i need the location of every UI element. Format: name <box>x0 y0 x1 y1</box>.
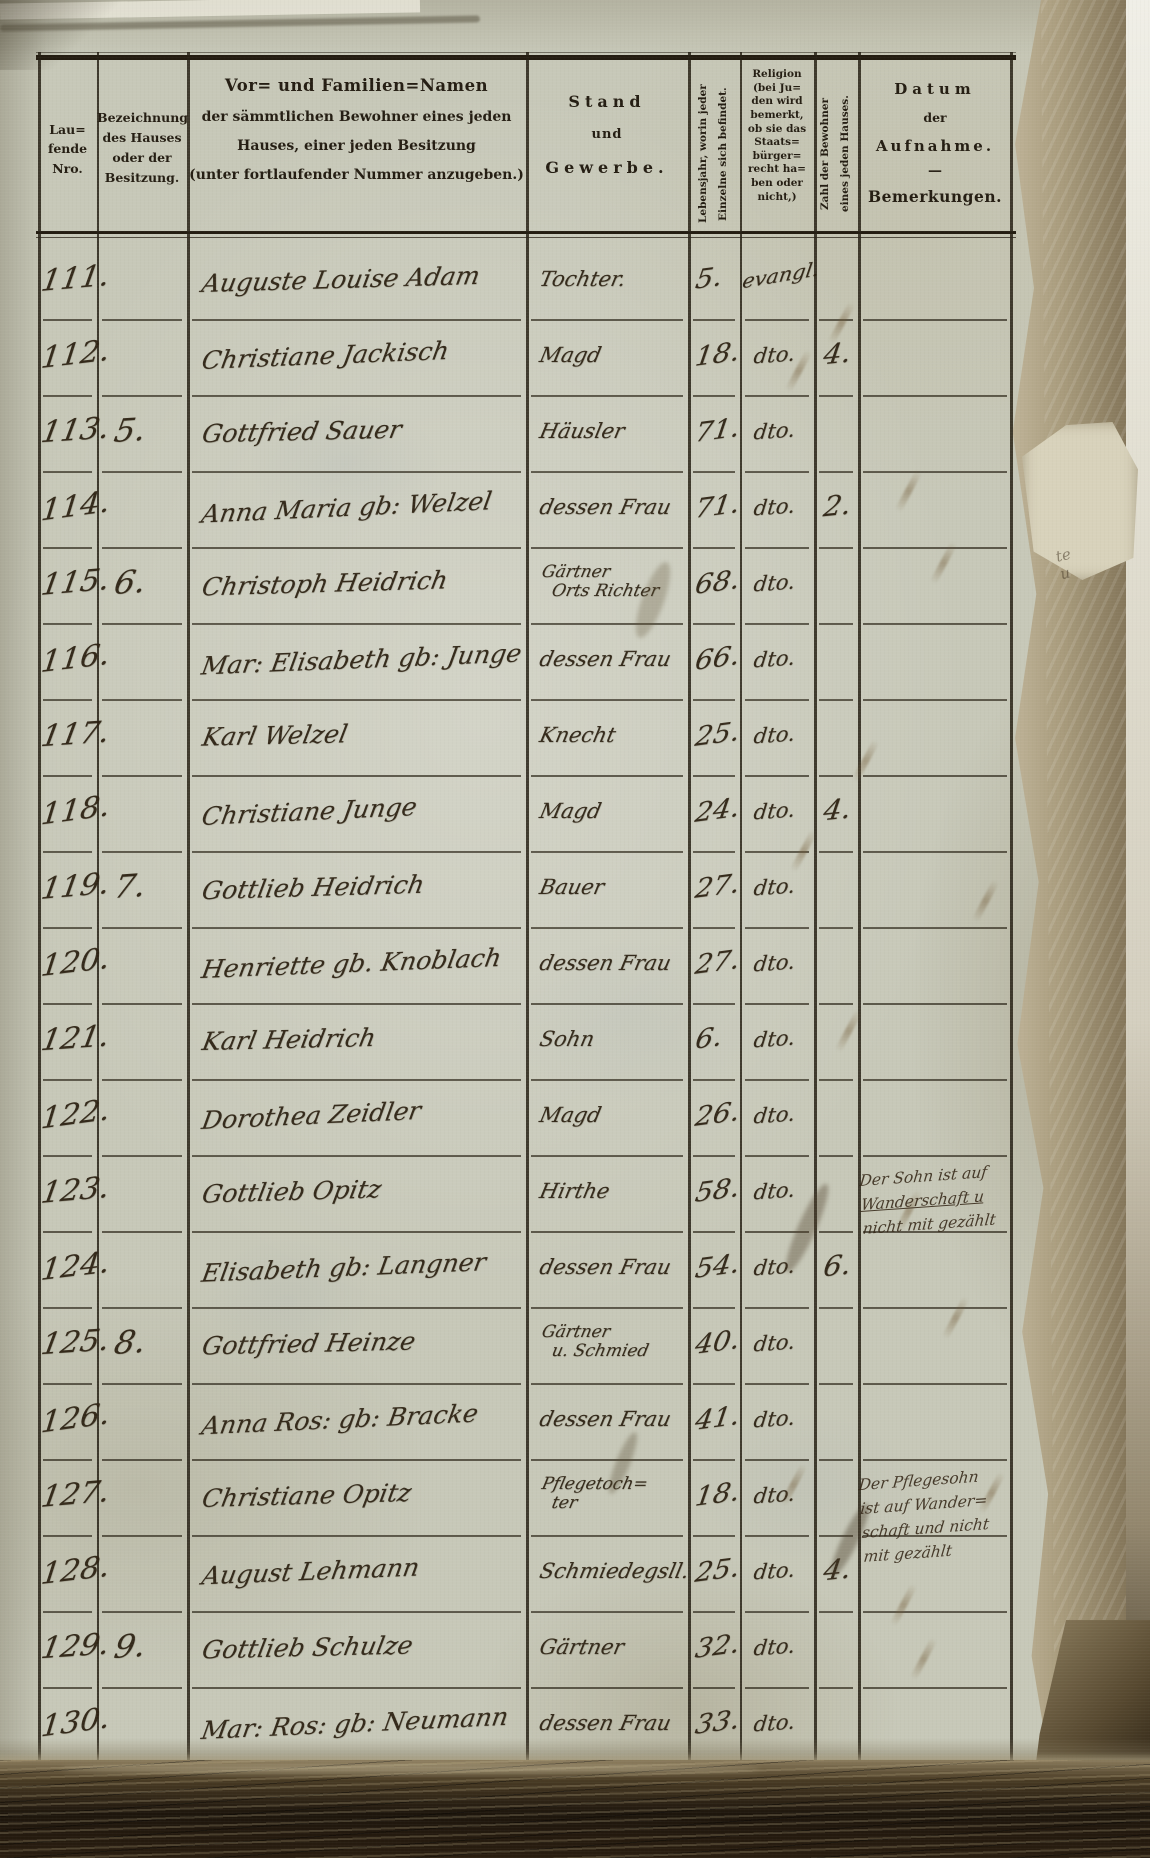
column-header-datum-bemerkungen: Datum der Aufnahme. — Bemerkungen. <box>858 62 1012 256</box>
cell-bemerkungen <box>858 549 1012 625</box>
age-value: 27. <box>693 944 742 981</box>
age-value: 25. <box>693 1552 742 1589</box>
cell-bemerkungen <box>858 245 1012 321</box>
scanned-register-page: Lau= fende Nro. Bezeichnung des Hauses o… <box>0 0 1150 1858</box>
cell-bemerkungen <box>858 473 1012 549</box>
age-value: 41. <box>693 1400 742 1437</box>
cell-house-number <box>97 1081 187 1157</box>
stand-gewerbe: dessen Frau <box>537 647 673 671</box>
table-row: 116.Mar: Elisabeth gb: Jungedessen Frau6… <box>38 625 1012 701</box>
stand-gewerbe: dessen Frau <box>537 1255 673 1279</box>
religion-value: dto. <box>753 494 797 521</box>
age-value: 71. <box>693 412 742 449</box>
house-number: 8. <box>111 1322 149 1362</box>
stand-line: ter <box>550 1494 646 1513</box>
cell-bemerkungen <box>858 1233 1012 1309</box>
header-line: Lebensjahr, worin jeder <box>694 70 714 238</box>
cell-house-number: 7. <box>97 853 187 929</box>
cell-house-number <box>97 1385 187 1461</box>
resident-name: Christiane Jackisch <box>200 336 452 375</box>
cell-lebensjahr: 32. <box>688 1613 740 1689</box>
cell-bemerkungen <box>858 321 1012 397</box>
binding-highlight <box>60 1764 760 1774</box>
cell-religion: dto. <box>740 397 814 473</box>
resident-count: 4. <box>821 336 853 372</box>
cell-bemerkungen <box>858 1309 1012 1385</box>
religion-value: dto. <box>753 874 797 901</box>
cell-resident-name: Gottlieb Schulze <box>187 1613 526 1689</box>
table-row: 115.6.Christoph HeidrichGärtnerOrts Rich… <box>38 549 1012 625</box>
cell-religion: dto. <box>740 473 814 549</box>
table-row: 125.8.Gottfried HeinzeGärtneru. Schmied4… <box>38 1309 1012 1385</box>
table-row: 126.Anna Ros: gb: Brackedessen Frau41.dt… <box>38 1385 1012 1461</box>
religion-value: dto. <box>753 418 797 445</box>
age-value: 26. <box>693 1096 742 1133</box>
cell-resident-name: Gottlieb Heidrich <box>187 853 526 929</box>
religion-value: dto. <box>753 722 797 749</box>
cell-laufende-nro: 116. <box>38 625 97 701</box>
cell-bemerkungen <box>858 929 1012 1005</box>
cell-laufende-nro: 126. <box>38 1385 97 1461</box>
header-line: Datum <box>858 80 1012 98</box>
table-row: 120.Henriette gb. Knoblachdessen Frau27.… <box>38 929 1012 1005</box>
cell-zahl-bewohner <box>814 1081 858 1157</box>
religion-value: dto. <box>753 1330 797 1357</box>
age-value: 32. <box>693 1628 742 1665</box>
resident-name: Karl Welzel <box>200 719 350 751</box>
cell-resident-name: Anna Maria gb: Welzel <box>187 473 526 549</box>
cell-religion: dto. <box>740 929 814 1005</box>
cell-house-number <box>97 473 187 549</box>
header-line: und <box>526 127 688 142</box>
stand-line: u. Schmied <box>550 1342 650 1361</box>
stand-gewerbe: Schmiedegsll. <box>537 1559 691 1583</box>
stand-gewerbe: Häusler <box>537 419 626 443</box>
cell-house-number <box>97 1005 187 1081</box>
resident-name: Auguste Louise Adam <box>200 261 483 298</box>
cell-religion: dto. <box>740 625 814 701</box>
cell-religion: dto. <box>740 549 814 625</box>
cell-bemerkungen <box>858 1005 1012 1081</box>
table-row: 124.Elisabeth gb: Langnerdessen Frau54.d… <box>38 1233 1012 1309</box>
religion-value: evangl. <box>741 257 821 293</box>
header-line: oder der <box>97 148 187 168</box>
stand-gewerbe: dessen Frau <box>537 1407 673 1431</box>
header-line: nicht,) <box>740 191 814 205</box>
header-line: Zahl der Bewohner <box>816 70 836 238</box>
resident-name: Christiane Junge <box>200 792 420 831</box>
cell-laufende-nro: 128. <box>38 1537 97 1613</box>
cell-resident-name: Henriette gb. Knoblach <box>187 929 526 1005</box>
cell-bemerkungen <box>858 701 1012 777</box>
age-value: 68. <box>693 564 742 601</box>
cell-stand-gewerbe: dessen Frau <box>526 473 688 549</box>
table-body: 111.Auguste Louise AdamTochter.5.evangl.… <box>38 245 1012 1765</box>
cell-house-number <box>97 929 187 1005</box>
resident-name: Henriette gb. Knoblach <box>199 943 503 984</box>
stand-gewerbe: Bauer <box>537 875 606 899</box>
cell-resident-name: Karl Welzel <box>187 701 526 777</box>
header-line: Gewerbe. <box>526 158 688 177</box>
cell-laufende-nro: 114. <box>38 473 97 549</box>
cell-laufende-nro: 123. <box>38 1157 97 1233</box>
cell-religion: dto. <box>740 853 814 929</box>
table-row: 119.7.Gottlieb HeidrichBauer27.dto. <box>38 853 1012 929</box>
cell-house-number <box>97 1157 187 1233</box>
age-value: 58. <box>693 1172 742 1209</box>
cell-bemerkungen <box>858 397 1012 473</box>
house-number: 7. <box>111 866 149 906</box>
cell-lebensjahr: 27. <box>688 929 740 1005</box>
cell-lebensjahr: 18. <box>688 1461 740 1537</box>
cell-stand-gewerbe: Magd <box>526 321 688 397</box>
cell-resident-name: August Lehmann <box>187 1537 526 1613</box>
cell-house-number <box>97 625 187 701</box>
cell-house-number <box>97 1233 187 1309</box>
stand-gewerbe: Tochter. <box>537 267 628 291</box>
resident-name: Karl Heidrich <box>200 1023 378 1056</box>
header-line: der <box>858 110 1012 125</box>
cell-zahl-bewohner <box>814 397 858 473</box>
cell-stand-gewerbe: Hirthe <box>526 1157 688 1233</box>
stand-gewerbe: Knecht <box>537 723 617 747</box>
cell-laufende-nro: 112. <box>38 321 97 397</box>
cell-house-number: 8. <box>97 1309 187 1385</box>
house-number: 6. <box>111 562 149 602</box>
header-line: Hauses, einer jeden Besitzung <box>187 138 526 154</box>
cell-stand-gewerbe: Bauer <box>526 853 688 929</box>
cell-zahl-bewohner <box>814 625 858 701</box>
cell-resident-name: Gottfried Heinze <box>187 1309 526 1385</box>
cell-zahl-bewohner <box>814 701 858 777</box>
header-line: Bezeichnung <box>97 108 187 128</box>
cell-religion: dto. <box>740 1005 814 1081</box>
cell-laufende-nro: 115. <box>38 549 97 625</box>
header-line: Aufnahme. <box>858 137 1012 155</box>
header-line: Stand <box>526 92 688 111</box>
religion-value: dto. <box>753 1634 797 1661</box>
religion-value: dto. <box>753 950 797 977</box>
column-header-zahl-bewohner: Zahl der Bewohner eines jeden Hauses. <box>814 62 858 238</box>
resident-name: Gottfried Sauer <box>200 415 404 449</box>
cell-lebensjahr: 71. <box>688 473 740 549</box>
cell-lebensjahr: 68. <box>688 549 740 625</box>
header-line: Besitzung. <box>97 168 187 188</box>
cell-laufende-nro: 113. <box>38 397 97 473</box>
cell-lebensjahr: 5. <box>688 245 740 321</box>
header-line: Nro. <box>38 159 97 178</box>
cell-house-number <box>97 1461 187 1537</box>
age-value: 66. <box>693 640 742 677</box>
page-stack-lines <box>0 1760 1150 1858</box>
stand-gewerbe: dessen Frau <box>537 1711 673 1735</box>
stand-gewerbe: Magd <box>537 1103 603 1127</box>
book-binding <box>0 1760 1150 1858</box>
resident-name: Anna Ros: gb: Bracke <box>199 1399 480 1441</box>
religion-value: dto. <box>753 1558 797 1585</box>
house-number: 9. <box>111 1626 149 1666</box>
resident-name: Mar: Elisabeth gb: Junge <box>199 639 524 681</box>
cell-laufende-nro: 111. <box>38 245 97 321</box>
resident-name: Anna Maria gb: Welzel <box>199 486 494 528</box>
cell-resident-name: Dorothea Zeidler <box>187 1081 526 1157</box>
cell-zahl-bewohner: 4. <box>814 777 858 853</box>
cell-resident-name: Christiane Opitz <box>187 1461 526 1537</box>
cell-zahl-bewohner: 6. <box>814 1233 858 1309</box>
cell-zahl-bewohner <box>814 1309 858 1385</box>
stand-line: Gärtner <box>540 563 665 582</box>
cell-laufende-nro: 117. <box>38 701 97 777</box>
cell-zahl-bewohner <box>814 1613 858 1689</box>
cell-bemerkungen <box>858 1613 1012 1689</box>
cell-resident-name: Christiane Junge <box>187 777 526 853</box>
table-row: 113.5.Gottfried SauerHäusler71.dto. <box>38 397 1012 473</box>
register-table: Lau= fende Nro. Bezeichnung des Hauses o… <box>38 52 1012 1765</box>
cell-house-number <box>97 321 187 397</box>
remark-note: Der Pflegesohnist auf Wander=schaft und … <box>858 1461 1034 1569</box>
religion-value: dto. <box>753 798 797 825</box>
cell-religion: dto. <box>740 1385 814 1461</box>
age-value: 54. <box>693 1248 742 1285</box>
religion-value: dto. <box>753 1406 797 1433</box>
cell-lebensjahr: 66. <box>688 625 740 701</box>
stand-gewerbe: Pflegetoch=ter <box>536 1475 650 1512</box>
stand-gewerbe: dessen Frau <box>537 951 673 975</box>
age-value: 6. <box>693 1021 724 1055</box>
age-value: 33. <box>693 1704 742 1741</box>
header-line: bemerkt, <box>740 109 814 123</box>
header-line: (bei Ju= <box>740 82 814 96</box>
stand-line: Pflegetoch= <box>540 1475 650 1494</box>
stand-gewerbe: Gärtneru. Schmied <box>536 1323 654 1360</box>
header-line: ben oder <box>740 177 814 191</box>
religion-value: dto. <box>753 1178 797 1205</box>
age-value: 27. <box>693 868 742 905</box>
cell-house-number <box>97 777 187 853</box>
age-value: 5. <box>693 261 724 295</box>
table-row: 121.Karl HeidrichSohn6.dto. <box>38 1005 1012 1081</box>
cell-lebensjahr: 25. <box>688 701 740 777</box>
resident-name: Gottfried Heinze <box>200 1327 418 1361</box>
resident-name: Dorothea Zeidler <box>200 1096 424 1135</box>
cell-stand-gewerbe: Pflegetoch=ter <box>526 1461 688 1537</box>
cell-resident-name: Gottfried Sauer <box>187 397 526 473</box>
cell-laufende-nro: 125. <box>38 1309 97 1385</box>
header-line: Religion <box>740 68 814 82</box>
resident-count: 2. <box>821 488 853 524</box>
cell-resident-name: Elisabeth gb: Langner <box>187 1233 526 1309</box>
column-header-lebensjahr: Lebensjahr, worin jeder Einzelne sich be… <box>688 62 740 238</box>
header-line: bürger= <box>740 150 814 164</box>
cell-resident-name: Gottlieb Opitz <box>187 1157 526 1233</box>
cell-bemerkungen <box>858 777 1012 853</box>
resident-count: 4. <box>821 792 853 828</box>
header-line: der sämmtlichen Bewohner eines jeden <box>187 109 526 125</box>
resident-name: Christoph Heidrich <box>200 565 451 601</box>
cell-religion: dto. <box>740 1081 814 1157</box>
cell-stand-gewerbe: Tochter. <box>526 245 688 321</box>
cell-laufende-nro: 124. <box>38 1233 97 1309</box>
cell-house-number <box>97 701 187 777</box>
stand-gewerbe: dessen Frau <box>537 495 673 519</box>
cell-house-number <box>97 1537 187 1613</box>
cell-religion: dto. <box>740 1309 814 1385</box>
cell-lebensjahr: 18. <box>688 321 740 397</box>
cell-laufende-nro: 118. <box>38 777 97 853</box>
cell-stand-gewerbe: Magd <box>526 1081 688 1157</box>
cell-stand-gewerbe: Sohn <box>526 1005 688 1081</box>
header-line: Lau= <box>38 120 97 139</box>
cell-lebensjahr: 40. <box>688 1309 740 1385</box>
cell-zahl-bewohner <box>814 929 858 1005</box>
stand-gewerbe: Hirthe <box>537 1179 612 1203</box>
table-row: 112.Christiane JackischMagd18.dto.4. <box>38 321 1012 397</box>
column-header-religion: Religion (bei Ju= den wird bemerkt, ob s… <box>740 62 814 244</box>
cell-lebensjahr: 25. <box>688 1537 740 1613</box>
header-line: fende <box>38 139 97 158</box>
resident-name: Gottlieb Schulze <box>200 1631 416 1665</box>
cell-resident-name: Karl Heidrich <box>187 1005 526 1081</box>
header-line: Bemerkungen. <box>858 187 1012 206</box>
cell-lebensjahr: 6. <box>688 1005 740 1081</box>
cell-resident-name: Anna Ros: gb: Bracke <box>187 1385 526 1461</box>
header-line: ob sie das <box>740 123 814 137</box>
religion-value: dto. <box>753 1102 797 1129</box>
remark-note: Der Sohn ist aufWanderschaft unicht mit … <box>859 1157 1034 1241</box>
vertical-text: Lebensjahr, worin jeder Einzelne sich be… <box>694 70 734 238</box>
resident-name: Gottlieb Opitz <box>200 1174 384 1208</box>
cell-stand-gewerbe: Knecht <box>526 701 688 777</box>
cell-religion: dto. <box>740 701 814 777</box>
cell-bemerkungen <box>858 1385 1012 1461</box>
divider-dash: — <box>858 163 1012 179</box>
cell-lebensjahr: 24. <box>688 777 740 853</box>
cell-lebensjahr: 54. <box>688 1233 740 1309</box>
table-row: 122.Dorothea ZeidlerMagd26.dto. <box>38 1081 1012 1157</box>
cell-laufende-nro: 129. <box>38 1613 97 1689</box>
cell-resident-name: Auguste Louise Adam <box>187 245 526 321</box>
cell-lebensjahr: 41. <box>688 1385 740 1461</box>
header-line: Vor= und Familien=Namen <box>187 76 526 95</box>
cell-stand-gewerbe: Magd <box>526 777 688 853</box>
header-line: Einzelne sich befindet. <box>714 70 734 238</box>
cell-laufende-nro: 120. <box>38 929 97 1005</box>
cell-bemerkungen <box>858 625 1012 701</box>
cell-stand-gewerbe: Häusler <box>526 397 688 473</box>
stand-gewerbe: Magd <box>537 799 603 823</box>
header-line: (unter fortlaufender Nummer anzugeben.) <box>187 167 526 183</box>
cell-house-number: 5. <box>97 397 187 473</box>
religion-value: dto. <box>753 1026 797 1053</box>
cell-zahl-bewohner <box>814 1385 858 1461</box>
table-row: 114.Anna Maria gb: Welzeldessen Frau71.d… <box>38 473 1012 549</box>
stand-gewerbe: Magd <box>537 343 603 367</box>
cell-stand-gewerbe: dessen Frau <box>526 929 688 1005</box>
cell-lebensjahr: 26. <box>688 1081 740 1157</box>
cell-resident-name: Christiane Jackisch <box>187 321 526 397</box>
cell-house-number: 9. <box>97 1613 187 1689</box>
cell-lebensjahr: 58. <box>688 1157 740 1233</box>
cell-zahl-bewohner <box>814 853 858 929</box>
cell-religion: dto. <box>740 1537 814 1613</box>
table-row: 129.9.Gottlieb SchulzeGärtner32.dto. <box>38 1613 1012 1689</box>
resident-name: August Lehmann <box>200 1553 422 1591</box>
age-value: 40. <box>693 1324 742 1361</box>
cell-laufende-nro: 121. <box>38 1005 97 1081</box>
cell-religion: dto. <box>740 777 814 853</box>
header-line: eines jeden Hauses. <box>836 70 856 238</box>
column-header-stand-gewerbe: Stand und Gewerbe. <box>526 62 688 268</box>
religion-value: dto. <box>753 646 797 673</box>
cell-laufende-nro: 127. <box>38 1461 97 1537</box>
table-row: 111.Auguste Louise AdamTochter.5.evangl. <box>38 245 1012 321</box>
resident-name: Christiane Opitz <box>200 1478 414 1513</box>
cell-stand-gewerbe: dessen Frau <box>526 625 688 701</box>
resident-count: 6. <box>821 1248 853 1284</box>
cell-stand-gewerbe: Gärtner <box>526 1613 688 1689</box>
header-line: des Hauses <box>97 128 187 148</box>
resident-name: Gottlieb Heidrich <box>200 870 427 905</box>
vertical-text: Zahl der Bewohner eines jeden Hauses. <box>816 70 856 238</box>
religion-value: dto. <box>753 570 797 597</box>
header-line: recht ha= <box>740 163 814 177</box>
cell-house-number <box>97 245 187 321</box>
cell-resident-name: Christoph Heidrich <box>187 549 526 625</box>
cell-stand-gewerbe: Schmiedegsll. <box>526 1537 688 1613</box>
stand-line: Gärtner <box>540 1323 654 1342</box>
religion-value: dto. <box>753 1710 797 1737</box>
header-line: den wird <box>740 95 814 109</box>
cell-zahl-bewohner <box>814 549 858 625</box>
religion-value: dto. <box>753 342 797 369</box>
resident-name: Elisabeth gb: Langner <box>199 1247 488 1287</box>
age-value: 25. <box>693 716 742 753</box>
house-number: 5. <box>111 410 149 450</box>
cell-house-number: 6. <box>97 549 187 625</box>
cell-stand-gewerbe: dessen Frau <box>526 1385 688 1461</box>
stand-gewerbe: Sohn <box>537 1027 596 1051</box>
age-value: 71. <box>693 488 742 525</box>
table-row: 118.Christiane JungeMagd24.dto.4. <box>38 777 1012 853</box>
cell-zahl-bewohner: 2. <box>814 473 858 549</box>
cell-stand-gewerbe: dessen Frau <box>526 1233 688 1309</box>
age-value: 24. <box>693 792 742 829</box>
cell-bemerkungen <box>858 1081 1012 1157</box>
cell-lebensjahr: 71. <box>688 397 740 473</box>
column-header-namen: Vor= und Familien=Namen der sämmtlichen … <box>187 62 526 252</box>
cell-laufende-nro: 119. <box>38 853 97 929</box>
cell-lebensjahr: 27. <box>688 853 740 929</box>
cell-stand-gewerbe: Gärtneru. Schmied <box>526 1309 688 1385</box>
cell-laufende-nro: 122. <box>38 1081 97 1157</box>
header-line: Staats= <box>740 136 814 150</box>
age-value: 18. <box>693 336 742 373</box>
stand-gewerbe: Gärtner <box>537 1635 626 1659</box>
cell-resident-name: Mar: Elisabeth gb: Junge <box>187 625 526 701</box>
cell-religion: evangl. <box>740 245 814 321</box>
cell-religion: dto. <box>740 1613 814 1689</box>
age-value: 18. <box>693 1476 742 1513</box>
